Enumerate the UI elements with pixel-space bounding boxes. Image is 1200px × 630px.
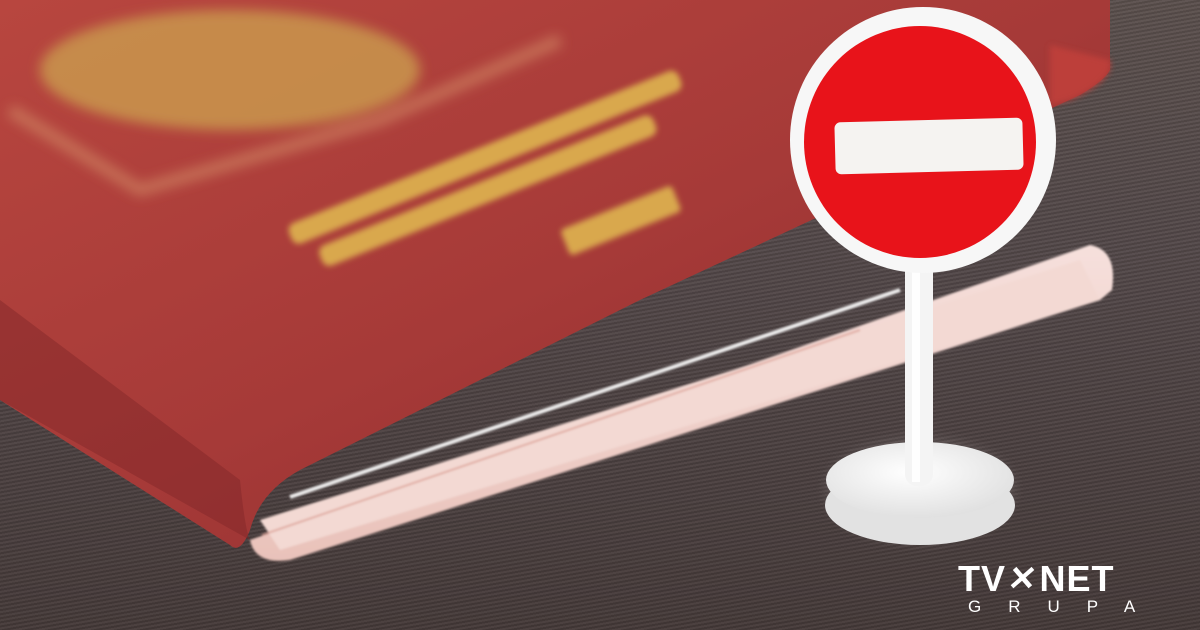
- brand-logo-tv: TV: [958, 562, 1006, 596]
- brand-logo-subtitle: GRUPA: [958, 597, 1178, 617]
- photo-illustration: [0, 0, 1200, 630]
- brand-logo: TV ✕ NET GRUPA: [958, 562, 1178, 617]
- brand-x-icon: ✕: [1006, 562, 1040, 596]
- brand-logo-net: NET: [1040, 562, 1115, 596]
- photo-scene: TV ✕ NET GRUPA: [0, 0, 1200, 630]
- brand-logo-main: TV ✕ NET: [958, 562, 1178, 596]
